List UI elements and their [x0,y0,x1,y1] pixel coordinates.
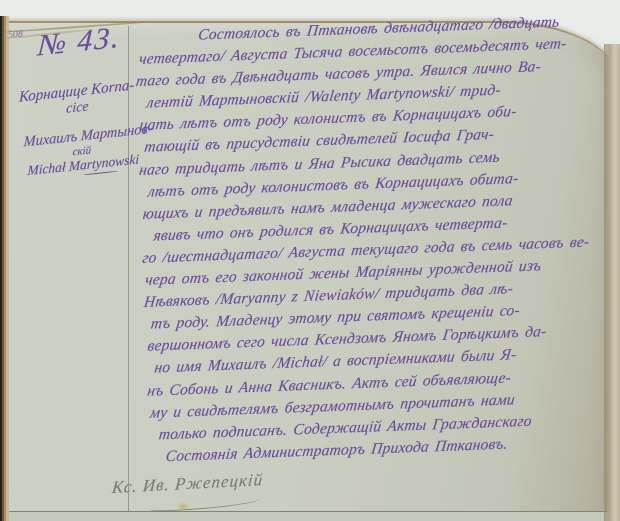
priest-signature: Кс. Ив. Ржепецкій [111,470,264,498]
register-page: 508 № 43. Корнацице Korna- cice Михаилъ … [7,21,620,521]
record-body: Состоялось въ Пткановѣ двѣнадцатаго /два… [134,11,620,470]
book-binding-edge [0,16,9,521]
ink-stain [176,502,190,511]
scanned-register-photo: 508 № 43. Корнацице Korna- cice Михаилъ … [0,0,620,521]
margin-annotations: № 43. Корнацице Korna- cice Михаилъ Март… [12,20,141,179]
page-curl-edge [604,44,620,521]
page-bottom-band [8,511,620,521]
